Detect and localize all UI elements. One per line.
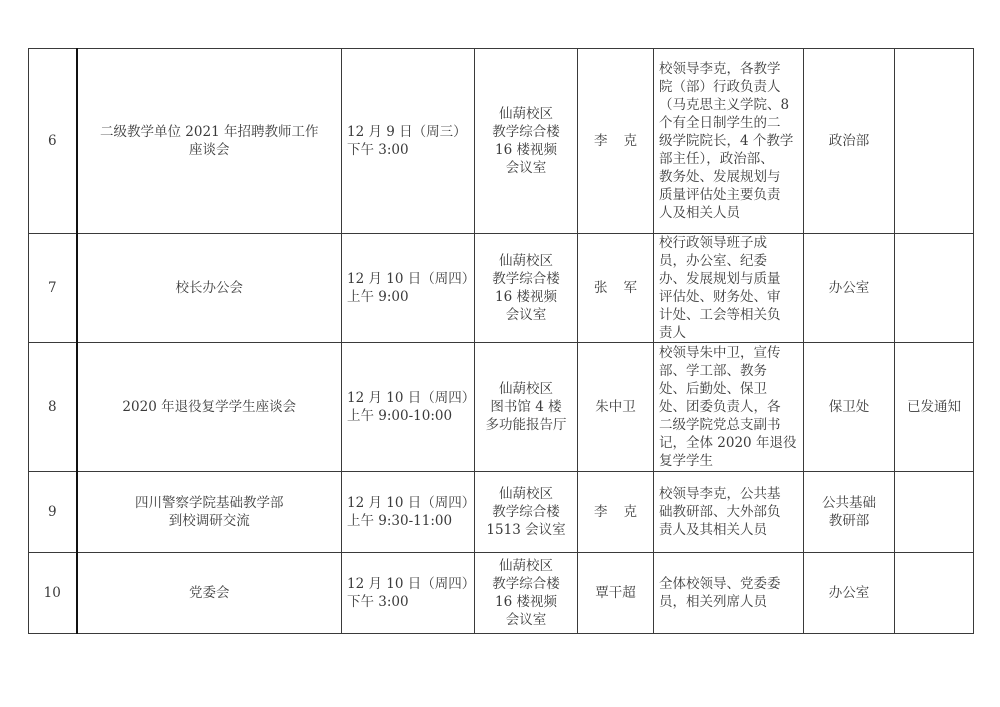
table-row: 10 党委会 12 月 10 日（周四） 下午 3:00 仙葫校区 教学综合楼 … <box>29 553 974 634</box>
meeting-attendees: 校行政领导班子成 员，办公室、纪委 办、发展规划与质量 评估处、财务处、审 计处… <box>654 234 804 343</box>
meeting-organizer: 办公室 <box>804 553 895 634</box>
meeting-organizer: 公共基础 教研部 <box>804 472 895 553</box>
table-row: 6 二级教学单位 2021 年招聘教师工作 座谈会 12 月 9 日（周三） 下… <box>29 49 974 234</box>
meeting-attendees: 校领导李克，各教学 院（部）行政负责人 （马克思主义学院、8 个有全日制学生的二… <box>654 49 804 234</box>
meeting-organizer: 保卫处 <box>804 343 895 472</box>
row-number: 6 <box>29 49 77 234</box>
meeting-remark: 已发通知 <box>895 343 974 472</box>
meeting-time: 12 月 10 日（周四） 下午 3:00 <box>342 553 475 634</box>
meeting-topic: 校长办公会 <box>77 234 342 343</box>
meeting-organizer: 政治部 <box>804 49 895 234</box>
row-number: 9 <box>29 472 77 553</box>
meeting-time: 12 月 10 日（周四） 上午 9:00-10:00 <box>342 343 475 472</box>
meeting-topic: 2020 年退役复学学生座谈会 <box>77 343 342 472</box>
table-row: 7 校长办公会 12 月 10 日（周四） 上午 9:00 仙葫校区 教学综合楼… <box>29 234 974 343</box>
meeting-time: 12 月 9 日（周三） 下午 3:00 <box>342 49 475 234</box>
meeting-host: 张军 <box>578 234 654 343</box>
meeting-time: 12 月 10 日（周四） 上午 9:00 <box>342 234 475 343</box>
meeting-attendees: 全体校领导、党委委 员，相关列席人员 <box>654 553 804 634</box>
meeting-location: 仙葫校区 图书馆 4 楼 多功能报告厅 <box>475 343 578 472</box>
meeting-location: 仙葫校区 教学综合楼 1513 会议室 <box>475 472 578 553</box>
meeting-organizer: 办公室 <box>804 234 895 343</box>
meeting-topic: 党委会 <box>77 553 342 634</box>
meeting-schedule-table: 6 二级教学单位 2021 年招聘教师工作 座谈会 12 月 9 日（周三） 下… <box>28 48 974 634</box>
meeting-host: 覃干超 <box>578 553 654 634</box>
row-number: 10 <box>29 553 77 634</box>
table-row: 9 四川警察学院基础教学部 到校调研交流 12 月 10 日（周四） 上午 9:… <box>29 472 974 553</box>
meeting-host: 李克 <box>578 472 654 553</box>
row-number: 7 <box>29 234 77 343</box>
meeting-remark <box>895 472 974 553</box>
meeting-location: 仙葫校区 教学综合楼 16 楼视频 会议室 <box>475 49 578 234</box>
meeting-location: 仙葫校区 教学综合楼 16 楼视频 会议室 <box>475 553 578 634</box>
table-row: 8 2020 年退役复学学生座谈会 12 月 10 日（周四） 上午 9:00-… <box>29 343 974 472</box>
meeting-host: 朱中卫 <box>578 343 654 472</box>
meeting-remark <box>895 234 974 343</box>
meeting-topic: 二级教学单位 2021 年招聘教师工作 座谈会 <box>77 49 342 234</box>
row-number: 8 <box>29 343 77 472</box>
meeting-location: 仙葫校区 教学综合楼 16 楼视频 会议室 <box>475 234 578 343</box>
meeting-remark <box>895 49 974 234</box>
meeting-time: 12 月 10 日（周四） 上午 9:30-11:00 <box>342 472 475 553</box>
meeting-remark <box>895 553 974 634</box>
meeting-attendees: 校领导朱中卫，宣传 部、学工部、教务 处、后勤处、保卫 处、团委负责人，各 二级… <box>654 343 804 472</box>
meeting-topic: 四川警察学院基础教学部 到校调研交流 <box>77 472 342 553</box>
meeting-attendees: 校领导李克，公共基 础教研部、大外部负 责人及其相关人员 <box>654 472 804 553</box>
meeting-host: 李克 <box>578 49 654 234</box>
